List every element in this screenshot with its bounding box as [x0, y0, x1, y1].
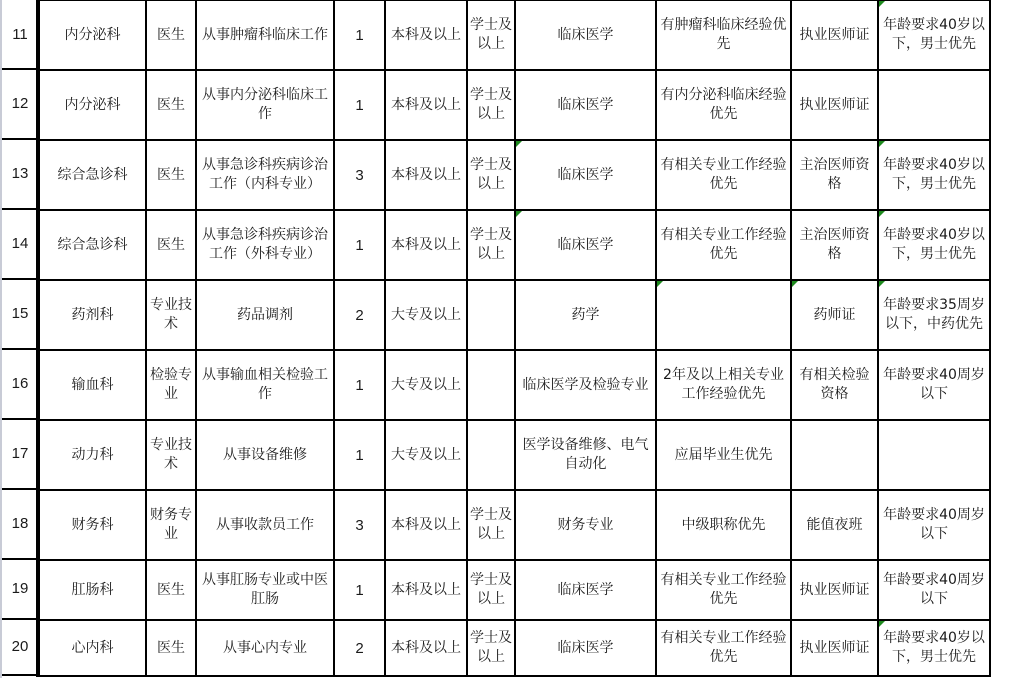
cell-education[interactable]: 大专及以上 — [385, 280, 467, 350]
row-divider — [2, 558, 38, 560]
cell-other[interactable]: 年龄要求35周岁以下，中药优先 — [878, 280, 990, 350]
table-row: 心内科 医生 从事心内专业 2 本科及以上 学士及以上 临床医学 有相关专业工作… — [39, 620, 990, 676]
cell-count[interactable]: 1 — [334, 350, 385, 420]
cell-duty[interactable]: 从事输血相关检验工作 — [196, 350, 334, 420]
cell-certificate[interactable]: 执业医师证 — [791, 560, 878, 620]
cell-count[interactable]: 1 — [334, 420, 385, 490]
cell-degree[interactable]: 学士及以上 — [467, 210, 515, 280]
error-marker-icon — [792, 281, 798, 287]
cell-duty[interactable]: 从事收款员工作 — [196, 490, 334, 560]
cell-count[interactable]: 3 — [334, 140, 385, 210]
error-marker-icon — [879, 141, 885, 147]
error-marker-icon — [879, 281, 885, 287]
cell-count[interactable]: 3 — [334, 490, 385, 560]
cell-duty[interactable]: 从事心内专业 — [196, 620, 334, 676]
cell-experience[interactable] — [656, 280, 791, 350]
cell-major[interactable]: 临床医学 — [515, 0, 656, 70]
cell-category[interactable]: 医生 — [146, 0, 196, 70]
cell-duty[interactable]: 药品调剂 — [196, 280, 334, 350]
index-column-border — [36, 0, 38, 677]
cell-other[interactable]: 年龄要求40周岁以下 — [878, 490, 990, 560]
cell-duty[interactable]: 从事设备维修 — [196, 420, 334, 490]
cell-degree[interactable] — [467, 280, 515, 350]
cell-duty[interactable]: 从事内分泌科临床工作 — [196, 70, 334, 140]
cell-major[interactable]: 临床医学 — [515, 70, 656, 140]
cell-duty[interactable]: 从事肛肠专业或中医肛肠 — [196, 560, 334, 620]
cell-major[interactable]: 财务专业 — [515, 490, 656, 560]
cell-category[interactable]: 医生 — [146, 560, 196, 620]
row-number: 17 — [2, 419, 38, 489]
cell-dept[interactable]: 肛肠科 — [39, 560, 146, 620]
cell-major[interactable]: 临床医学 — [515, 620, 656, 676]
cell-duty[interactable]: 从事肿瘤科临床工作 — [196, 0, 334, 70]
cell-other[interactable]: 年龄要求40岁以下，男士优先 — [878, 0, 990, 70]
row-number: 13 — [2, 139, 38, 209]
cell-major[interactable]: 临床医学 — [515, 210, 656, 280]
cell-dept[interactable]: 输血科 — [39, 350, 146, 420]
cell-major[interactable]: 临床医学 — [515, 560, 656, 620]
cell-experience[interactable]: 有肿瘤科临床经验优先 — [656, 0, 791, 70]
cell-other[interactable]: 年龄要求40岁以下，男士优先 — [878, 210, 990, 280]
cell-certificate[interactable]: 药师证 — [791, 280, 878, 350]
cell-education[interactable]: 本科及以上 — [385, 140, 467, 210]
cell-major[interactable]: 医学设备维修、电气自动化 — [515, 420, 656, 490]
cell-experience[interactable]: 有内分泌科临床经验优先 — [656, 70, 791, 140]
cell-count[interactable]: 2 — [334, 620, 385, 676]
cell-other[interactable]: 年龄要求40周岁以下 — [878, 560, 990, 620]
cell-certificate[interactable]: 有相关检验资格 — [791, 350, 878, 420]
recruitment-table: 内分泌科 医生 从事肿瘤科临床工作 1 本科及以上 学士及以上 临床医学 有肿瘤… — [38, 0, 991, 677]
error-marker-icon — [516, 211, 522, 217]
cell-other[interactable]: 年龄要求40周岁以下 — [878, 350, 990, 420]
cell-other[interactable]: 年龄要求40岁以下，男士优先 — [878, 620, 990, 676]
cell-experience[interactable]: 2年及以上相关专业工作经验优先 — [656, 350, 791, 420]
table-row: 肛肠科 医生 从事肛肠专业或中医肛肠 1 本科及以上 学士及以上 临床医学 有相… — [39, 560, 990, 620]
cell-category[interactable]: 医生 — [146, 70, 196, 140]
error-marker-icon — [879, 621, 885, 627]
cell-experience[interactable]: 中级职称优先 — [656, 490, 791, 560]
cell-category[interactable]: 检验专业 — [146, 350, 196, 420]
cell-other-text: 年龄要求40岁以下，男士优先 — [883, 630, 985, 665]
cell-major-text: 临床医学 — [558, 167, 614, 183]
cell-certificate[interactable]: 能值夜班 — [791, 490, 878, 560]
cell-education[interactable]: 本科及以上 — [385, 0, 467, 70]
cell-certificate[interactable]: 主治医师资格 — [791, 140, 878, 210]
table-row: 综合急诊科 医生 从事急诊科疾病诊治工作（外科专业） 1 本科及以上 学士及以上… — [39, 210, 990, 280]
cell-degree[interactable]: 学士及以上 — [467, 140, 515, 210]
cell-certificate[interactable]: 执业医师证 — [791, 620, 878, 676]
cell-education[interactable]: 本科及以上 — [385, 560, 467, 620]
cell-degree[interactable]: 学士及以上 — [467, 0, 515, 70]
cell-category[interactable]: 专业技术 — [146, 280, 196, 350]
cell-count[interactable]: 2 — [334, 280, 385, 350]
cell-dept[interactable]: 内分泌科 — [39, 0, 146, 70]
row-number: 14 — [2, 209, 38, 279]
cell-education[interactable]: 大专及以上 — [385, 420, 467, 490]
cell-education[interactable]: 本科及以上 — [385, 620, 467, 676]
table-row: 内分泌科 医生 从事肿瘤科临床工作 1 本科及以上 学士及以上 临床医学 有肿瘤… — [39, 0, 990, 70]
table-row: 动力科 专业技术 从事设备维修 1 大专及以上 医学设备维修、电气自动化 应届毕… — [39, 420, 990, 490]
row-number: 11 — [2, 0, 38, 69]
row-number: 12 — [2, 69, 38, 139]
cell-other-text: 年龄要求35周岁以下，中药优先 — [883, 297, 985, 332]
cell-other[interactable] — [878, 70, 990, 140]
cell-experience[interactable]: 有相关专业工作经验优先 — [656, 620, 791, 676]
cell-duty[interactable]: 从事急诊科疾病诊治工作（内科专业） — [196, 140, 334, 210]
cell-duty[interactable]: 从事急诊科疾病诊治工作（外科专业） — [196, 210, 334, 280]
cell-dept[interactable]: 综合急诊科 — [39, 140, 146, 210]
table-row: 综合急诊科 医生 从事急诊科疾病诊治工作（内科专业） 3 本科及以上 学士及以上… — [39, 140, 990, 210]
row-number: 15 — [2, 279, 38, 349]
cell-count[interactable]: 1 — [334, 0, 385, 70]
cell-other-text: 年龄要求40岁以下，男士优先 — [883, 17, 985, 52]
row-divider — [2, 348, 38, 350]
row-number: 16 — [2, 349, 38, 419]
row-divider — [2, 418, 38, 420]
error-marker-icon — [879, 1, 885, 7]
cell-count[interactable]: 1 — [334, 560, 385, 620]
cell-category[interactable]: 医生 — [146, 620, 196, 676]
cell-category[interactable]: 医生 — [146, 140, 196, 210]
table-row: 财务科 财务专业 从事收款员工作 3 本科及以上 学士及以上 财务专业 中级职称… — [39, 490, 990, 560]
error-marker-icon — [879, 211, 885, 217]
table-row: 药剂科 专业技术 药品调剂 2 大专及以上 药学 药师证 年龄要求35周岁以下，… — [39, 280, 990, 350]
row-number: 19 — [2, 559, 38, 619]
cell-education[interactable]: 本科及以上 — [385, 70, 467, 140]
cell-major[interactable]: 临床医学 — [515, 140, 656, 210]
cell-major-text: 临床医学 — [558, 237, 614, 253]
cell-category[interactable]: 医生 — [146, 210, 196, 280]
cell-category[interactable]: 财务专业 — [146, 490, 196, 560]
cell-degree[interactable] — [467, 420, 515, 490]
row-divider — [2, 138, 38, 140]
cell-experience[interactable]: 应届毕业生优先 — [656, 420, 791, 490]
cell-certificate[interactable]: 主治医师资格 — [791, 210, 878, 280]
row-divider — [2, 488, 38, 490]
table-row: 输血科 检验专业 从事输血相关检验工作 1 大专及以上 临床医学及检验专业 2年… — [39, 350, 990, 420]
cell-education[interactable]: 本科及以上 — [385, 490, 467, 560]
cell-experience[interactable]: 有相关专业工作经验优先 — [656, 560, 791, 620]
error-marker-icon — [657, 281, 663, 287]
cell-count[interactable]: 1 — [334, 70, 385, 140]
cell-other-text: 年龄要求40岁以下，男士优先 — [883, 227, 985, 262]
cell-degree[interactable]: 学士及以上 — [467, 490, 515, 560]
cell-education[interactable]: 大专及以上 — [385, 350, 467, 420]
cell-degree[interactable]: 学士及以上 — [467, 560, 515, 620]
row-number: 18 — [2, 489, 38, 559]
cell-category[interactable]: 专业技术 — [146, 420, 196, 490]
cell-dept[interactable]: 药剂科 — [39, 280, 146, 350]
cell-dept[interactable]: 财务科 — [39, 490, 146, 560]
cell-certificate-text: 药师证 — [814, 307, 856, 323]
row-divider — [2, 208, 38, 210]
cell-education[interactable]: 本科及以上 — [385, 210, 467, 280]
cell-major[interactable]: 临床医学及检验专业 — [515, 350, 656, 420]
row-number: 20 — [2, 619, 38, 675]
row-divider — [2, 618, 38, 620]
cell-other-text: 年龄要求40岁以下，男士优先 — [883, 157, 985, 192]
cell-count[interactable]: 1 — [334, 210, 385, 280]
row-divider — [2, 278, 38, 280]
cell-other[interactable]: 年龄要求40岁以下，男士优先 — [878, 140, 990, 210]
cell-certificate[interactable]: 执业医师证 — [791, 70, 878, 140]
cell-dept[interactable]: 综合急诊科 — [39, 210, 146, 280]
cell-experience[interactable]: 有相关专业工作经验优先 — [656, 140, 791, 210]
cell-experience[interactable]: 有相关专业工作经验优先 — [656, 210, 791, 280]
cell-certificate[interactable] — [791, 420, 878, 490]
error-marker-icon — [516, 141, 522, 147]
cell-certificate[interactable]: 执业医师证 — [791, 0, 878, 70]
table-row: 内分泌科 医生 从事内分泌科临床工作 1 本科及以上 学士及以上 临床医学 有内… — [39, 70, 990, 140]
row-divider — [2, 674, 38, 676]
row-divider — [2, 68, 38, 70]
cell-dept[interactable]: 内分泌科 — [39, 70, 146, 140]
cell-dept[interactable]: 心内科 — [39, 620, 146, 676]
cell-dept[interactable]: 动力科 — [39, 420, 146, 490]
cell-degree[interactable] — [467, 350, 515, 420]
cell-other[interactable] — [878, 420, 990, 490]
cell-degree[interactable]: 学士及以上 — [467, 70, 515, 140]
cell-degree[interactable]: 学士及以上 — [467, 620, 515, 676]
cell-major[interactable]: 药学 — [515, 280, 656, 350]
